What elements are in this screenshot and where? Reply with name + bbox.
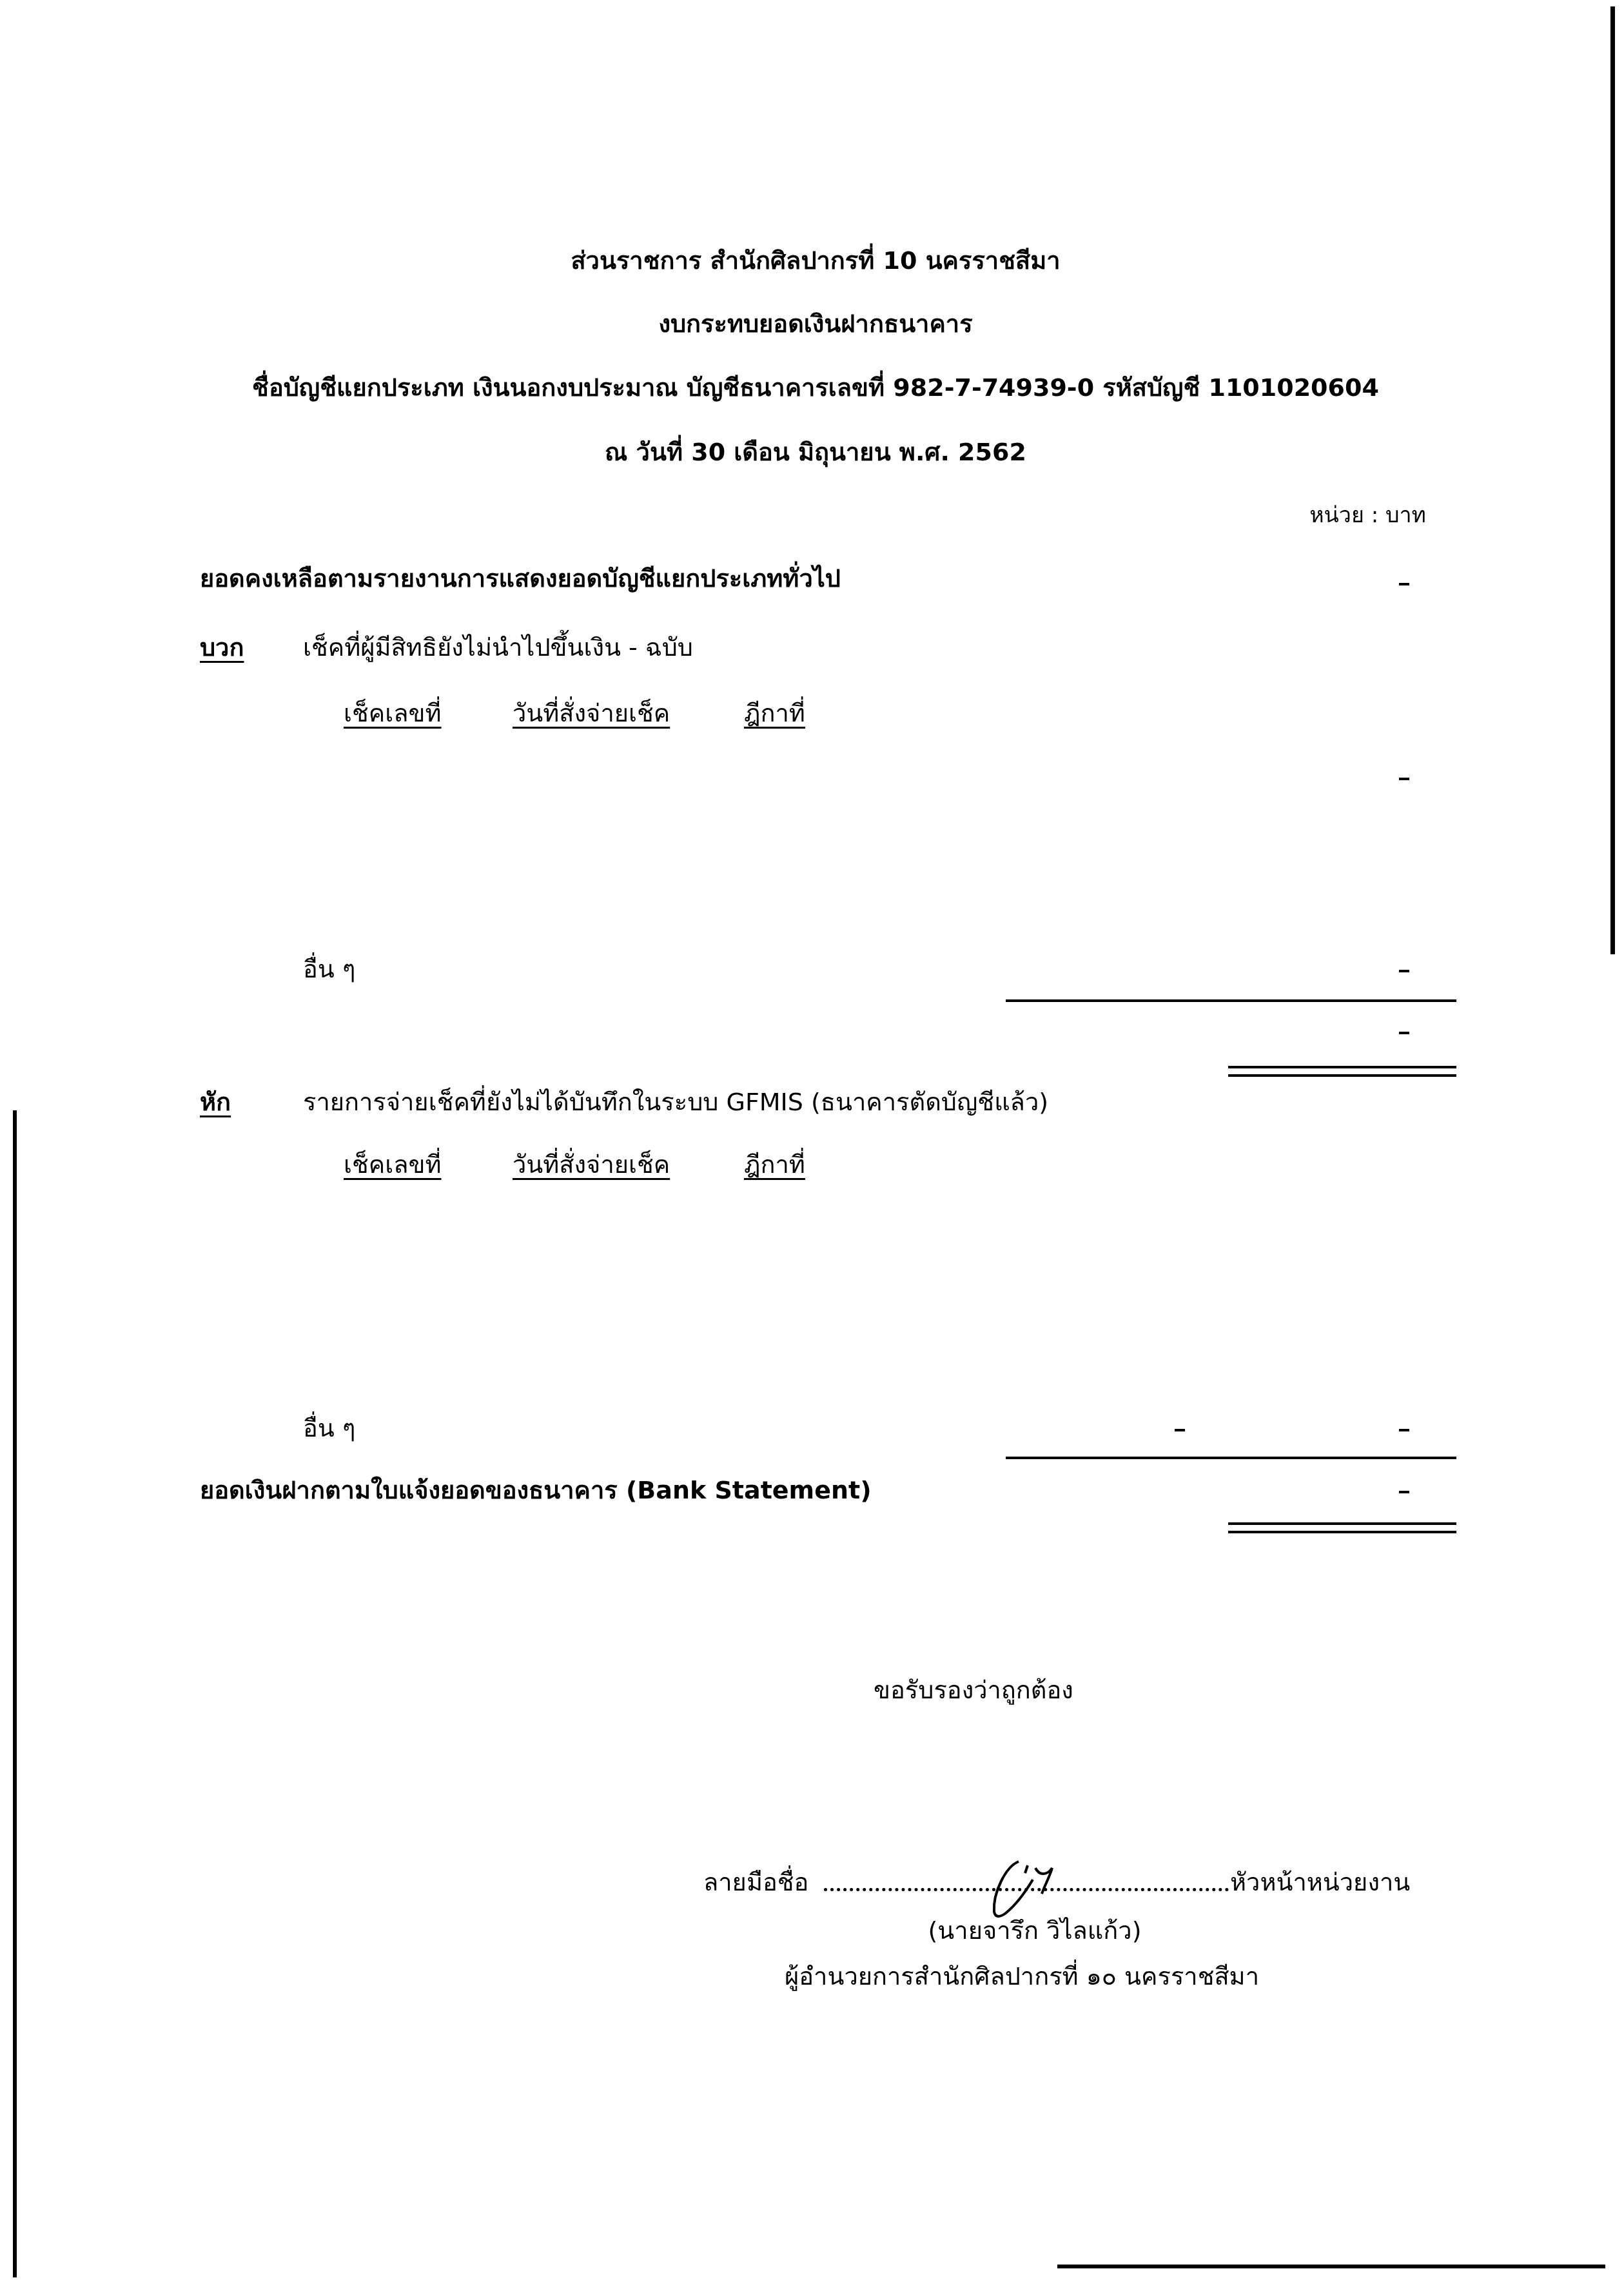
add-col-voucher-no: ฎีกาที่ — [744, 701, 805, 725]
add-col-check-date: วันที่สั่งจ่ายเช็ค — [513, 701, 670, 725]
deduct-col-check-date: วันที่สั่งจ่ายเช็ค — [513, 1152, 670, 1177]
deduct-other-value-left — [1175, 1429, 1185, 1431]
bank-statement-label: ยอดเงินฝากตามใบแจ้งยอดของธนาคาร (Bank St… — [200, 1478, 872, 1502]
deduct-sum-line — [1006, 1457, 1456, 1459]
signature-suffix: หัวหน้าหน่วยงาน — [1230, 1870, 1410, 1894]
bank-double-line-top — [1228, 1522, 1456, 1525]
add-double-line-bottom — [1228, 1074, 1456, 1077]
add-description: เช็คที่ผู้มีสิทธิยังไม่นำไปขึ้นเงิน - ฉบ… — [303, 635, 693, 660]
certification-text: ขอรับรองว่าถูกต้อง — [874, 1678, 1073, 1702]
unit-label: หน่วย : บาท — [1309, 504, 1426, 526]
add-label: บวก — [200, 635, 244, 660]
gl-balance-value — [1399, 583, 1409, 585]
scan-edge-left — [13, 1110, 17, 2277]
agency-title: ส่วนราชการ สำนักศิลปากรที่ 10 นครราชสีมา — [571, 248, 1060, 273]
add-checks-value — [1399, 778, 1409, 780]
signer-name: (นายจารึก วิไลแก้ว) — [928, 1918, 1142, 1943]
deduct-other-value-right — [1399, 1429, 1409, 1431]
signer-position: ผู้อำนวยการสำนักศิลปากรที่ ๑๐ นครราชสีมา — [785, 1964, 1259, 1989]
account-info: ชื่อบัญชีแยกประเภท เงินนอกงบประมาณ บัญชี… — [252, 375, 1379, 400]
add-other-value — [1399, 970, 1409, 972]
signature-icon — [980, 1854, 1077, 1925]
report-date: ณ วันที่ 30 เดือน มิถุนายน พ.ศ. 2562 — [605, 440, 1026, 464]
gl-balance-label: ยอดคงเหลือตามรายงานการแสดงยอดบัญชีแยกประ… — [200, 566, 841, 591]
report-title: งบกระทบยอดเงินฝากธนาคาร — [658, 311, 972, 336]
signature-prefix: ลายมือชื่อ — [703, 1870, 808, 1894]
add-subtotal-value — [1399, 1032, 1409, 1034]
scan-edge-bottom — [1057, 2265, 1605, 2268]
deduct-col-check-no: เช็คเลขที่ — [344, 1152, 442, 1177]
add-double-line-top — [1228, 1066, 1456, 1068]
bank-double-line-bottom — [1228, 1531, 1456, 1533]
add-other-label: อื่น ๆ — [303, 957, 355, 981]
deduct-other-label: อื่น ๆ — [303, 1416, 355, 1440]
deduct-label: หัก — [200, 1090, 231, 1114]
deduct-col-voucher-no: ฎีกาที่ — [744, 1152, 805, 1177]
deduct-description: รายการจ่ายเช็คที่ยังไม่ได้บันทึกในระบบ G… — [303, 1090, 1048, 1114]
add-col-check-no: เช็คเลขที่ — [344, 701, 442, 725]
add-sum-line — [1006, 999, 1456, 1002]
scan-edge-right — [1610, 6, 1615, 954]
bank-statement-value — [1399, 1491, 1409, 1493]
